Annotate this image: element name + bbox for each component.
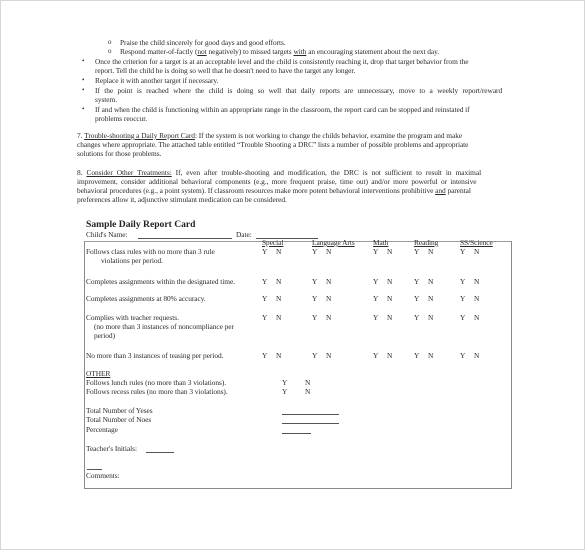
teacher-initials-field[interactable]: [146, 452, 174, 453]
other-recess-rules: Follows recess rules (no more than 3 vio…: [86, 387, 228, 396]
bullet-marker: •: [82, 105, 84, 114]
row-4-ss-science-no-option[interactable]: N: [474, 313, 479, 322]
bullet-replace: Replace it with another target if necess…: [95, 76, 218, 85]
row-2-language-arts-yes-option[interactable]: Y: [312, 277, 317, 286]
text-fragment: negatively) to missed targets: [207, 47, 294, 56]
section-8-line4: preferences allow it, adjunctive stimula…: [77, 195, 287, 204]
percentage-label: Percentage: [86, 425, 118, 434]
row-3-math-no-option[interactable]: N: [387, 294, 392, 303]
row-2-special-yes-option[interactable]: Y: [262, 277, 267, 286]
row-class-rules-line1: Follows class rules with no more than 3 …: [86, 247, 215, 256]
row-4-language-arts-yes-option[interactable]: Y: [312, 313, 317, 322]
bullet-functioning-line2: problems reoccur.: [95, 114, 147, 123]
lunch-no-option[interactable]: N: [305, 378, 310, 387]
row-4-reading-yes-option[interactable]: Y: [414, 313, 419, 322]
row-1-ss-science-no-option[interactable]: N: [474, 247, 479, 256]
subject-header-special: Special: [262, 238, 283, 247]
total-noes-label: Total Number of Noes: [86, 415, 151, 424]
bullet-point-reached-line2: system.: [95, 95, 117, 104]
section-7-line3: solutions for those problems.: [77, 149, 161, 158]
row-5-special-no-option[interactable]: N: [276, 351, 281, 360]
section-8-line1: 8. Consider Other Treatments: If, even a…: [77, 168, 481, 177]
lunch-yes-option[interactable]: Y: [282, 378, 287, 387]
row-2-reading-yes-option[interactable]: Y: [414, 277, 419, 286]
row-4-reading-no-option[interactable]: N: [428, 313, 433, 322]
teacher-initials-label: Teacher's Initials:: [86, 444, 137, 453]
underlined-and: and: [435, 186, 446, 195]
text-fragment: behavioral procedures (e.g., a point sys…: [77, 186, 435, 195]
section-7-heading: Trouble-shooting a Daily Report Card: [84, 131, 195, 140]
row-3-reading-yes-option[interactable]: Y: [414, 294, 419, 303]
sub-bullet-respond: Respond matter-of-factly (not negatively…: [120, 47, 439, 56]
row-1-reading-yes-option[interactable]: Y: [414, 247, 419, 256]
bullet-marker: •: [82, 86, 84, 95]
row-3-ss-science-yes-option[interactable]: Y: [460, 294, 465, 303]
row-4-special-yes-option[interactable]: Y: [262, 313, 267, 322]
subject-header-ss-science: SS/Science: [460, 238, 493, 247]
subject-header-math: Math: [373, 238, 388, 247]
row-assignments-time: Completes assignments within the designa…: [86, 277, 235, 286]
subject-header-language-arts: Language Arts: [312, 238, 355, 247]
row-4-math-no-option[interactable]: N: [387, 313, 392, 322]
row-teasing: No more than 3 instances of teasing per …: [86, 351, 223, 360]
row-complies-line3: period): [94, 331, 115, 340]
recess-yes-option[interactable]: Y: [282, 387, 287, 396]
row-1-special-yes-option[interactable]: Y: [262, 247, 267, 256]
child-name-field[interactable]: [138, 238, 232, 239]
total-noes-field[interactable]: [282, 423, 339, 424]
text-fragment: parental: [446, 186, 471, 195]
total-yeses-label: Total Number of Yeses: [86, 406, 153, 415]
row-3-math-yes-option[interactable]: Y: [373, 294, 378, 303]
text-fragment: If, even after trouble-shooting and modi…: [172, 168, 481, 177]
other-lunch-rules: Follows lunch rules (no more than 3 viol…: [86, 378, 226, 387]
section-8-line2: improvement, consider additional behavio…: [77, 177, 477, 186]
row-5-math-no-option[interactable]: N: [387, 351, 392, 360]
bullet-point-reached-line1: If the point is reached where the child …: [95, 86, 502, 95]
row-3-reading-no-option[interactable]: N: [428, 294, 433, 303]
report-card-title: Sample Daily Report Card: [86, 219, 196, 230]
recess-no-option[interactable]: N: [305, 387, 310, 396]
child-name-label: Child's Name:: [86, 230, 128, 239]
underlined-with: with: [293, 47, 306, 56]
sub-bullet-praise: Praise the child sincerely for good days…: [120, 38, 286, 47]
row-2-math-no-option[interactable]: N: [387, 277, 392, 286]
text-fragment: : If the system is not working to change…: [195, 131, 462, 140]
section-7-line1: 7. Trouble-shooting a Daily Report Card:…: [77, 131, 462, 140]
subject-header-reading: Reading: [414, 238, 438, 247]
text-fragment: an encouraging statement about the next …: [306, 47, 439, 56]
row-1-special-no-option[interactable]: N: [276, 247, 281, 256]
bullet-criterion-line1: Once the criterion for a target is at an…: [95, 57, 468, 66]
underlined-not: not: [197, 47, 206, 56]
row-class-rules-line2: violations per period.: [101, 256, 163, 265]
row-1-language-arts-yes-option[interactable]: Y: [312, 247, 317, 256]
date-label: Date:: [236, 230, 252, 239]
bullet-functioning-line1: If and when the child is functioning wit…: [95, 105, 470, 114]
row-1-math-no-option[interactable]: N: [387, 247, 392, 256]
total-yeses-field[interactable]: [282, 414, 339, 415]
row-5-reading-no-option[interactable]: N: [428, 351, 433, 360]
row-3-special-no-option[interactable]: N: [276, 294, 281, 303]
section-8-line3: behavioral procedures (e.g., a point sys…: [77, 186, 471, 195]
bullet-marker: •: [82, 76, 84, 85]
text-fragment: Respond matter-of-factly (: [120, 47, 197, 56]
row-3-special-yes-option[interactable]: Y: [262, 294, 267, 303]
row-2-ss-science-no-option[interactable]: N: [474, 277, 479, 286]
row-2-special-no-option[interactable]: N: [276, 277, 281, 286]
row-5-language-arts-yes-option[interactable]: Y: [312, 351, 317, 360]
section-number: 7.: [77, 131, 82, 140]
row-1-reading-no-option[interactable]: N: [428, 247, 433, 256]
comments-divider: [87, 469, 102, 470]
other-heading: OTHER: [86, 369, 110, 378]
row-1-math-yes-option[interactable]: Y: [373, 247, 378, 256]
row-3-language-arts-no-option[interactable]: N: [326, 294, 331, 303]
row-assignments-accuracy: Completes assignments at 80% accuracy.: [86, 294, 206, 303]
section-8-heading: Consider Other Treatments:: [86, 168, 171, 177]
row-4-language-arts-no-option[interactable]: N: [326, 313, 331, 322]
row-2-math-yes-option[interactable]: Y: [373, 277, 378, 286]
row-3-ss-science-no-option[interactable]: N: [474, 294, 479, 303]
row-2-ss-science-yes-option[interactable]: Y: [460, 277, 465, 286]
bullet-marker: •: [82, 57, 84, 66]
row-5-language-arts-no-option[interactable]: N: [326, 351, 331, 360]
row-5-ss-science-no-option[interactable]: N: [474, 351, 479, 360]
row-4-ss-science-yes-option[interactable]: Y: [460, 313, 465, 322]
comments-label[interactable]: Comments:: [86, 471, 120, 480]
row-1-ss-science-yes-option[interactable]: Y: [460, 247, 465, 256]
row-5-special-yes-option[interactable]: Y: [262, 351, 267, 360]
row-2-language-arts-no-option[interactable]: N: [326, 277, 331, 286]
row-5-reading-yes-option[interactable]: Y: [414, 351, 419, 360]
row-4-math-yes-option[interactable]: Y: [373, 313, 378, 322]
percentage-field[interactable]: [282, 433, 311, 434]
row-3-language-arts-yes-option[interactable]: Y: [312, 294, 317, 303]
row-5-ss-science-yes-option[interactable]: Y: [460, 351, 465, 360]
section-number: 8.: [77, 168, 82, 177]
sub-bullet-marker: o: [108, 47, 112, 56]
row-4-special-no-option[interactable]: N: [276, 313, 281, 322]
bullet-criterion-line2: report. Tell the child he is doing so we…: [95, 66, 355, 75]
row-1-language-arts-no-option[interactable]: N: [326, 247, 331, 256]
section-7-line2: changes where appropriate. The attached …: [77, 140, 468, 149]
row-complies-line2: (no more than 3 instances of noncomplian…: [94, 322, 234, 331]
row-complies-line1: Complies with teacher requests.: [86, 313, 179, 322]
row-2-reading-no-option[interactable]: N: [428, 277, 433, 286]
sub-bullet-marker: o: [108, 38, 112, 47]
row-5-math-yes-option[interactable]: Y: [373, 351, 378, 360]
